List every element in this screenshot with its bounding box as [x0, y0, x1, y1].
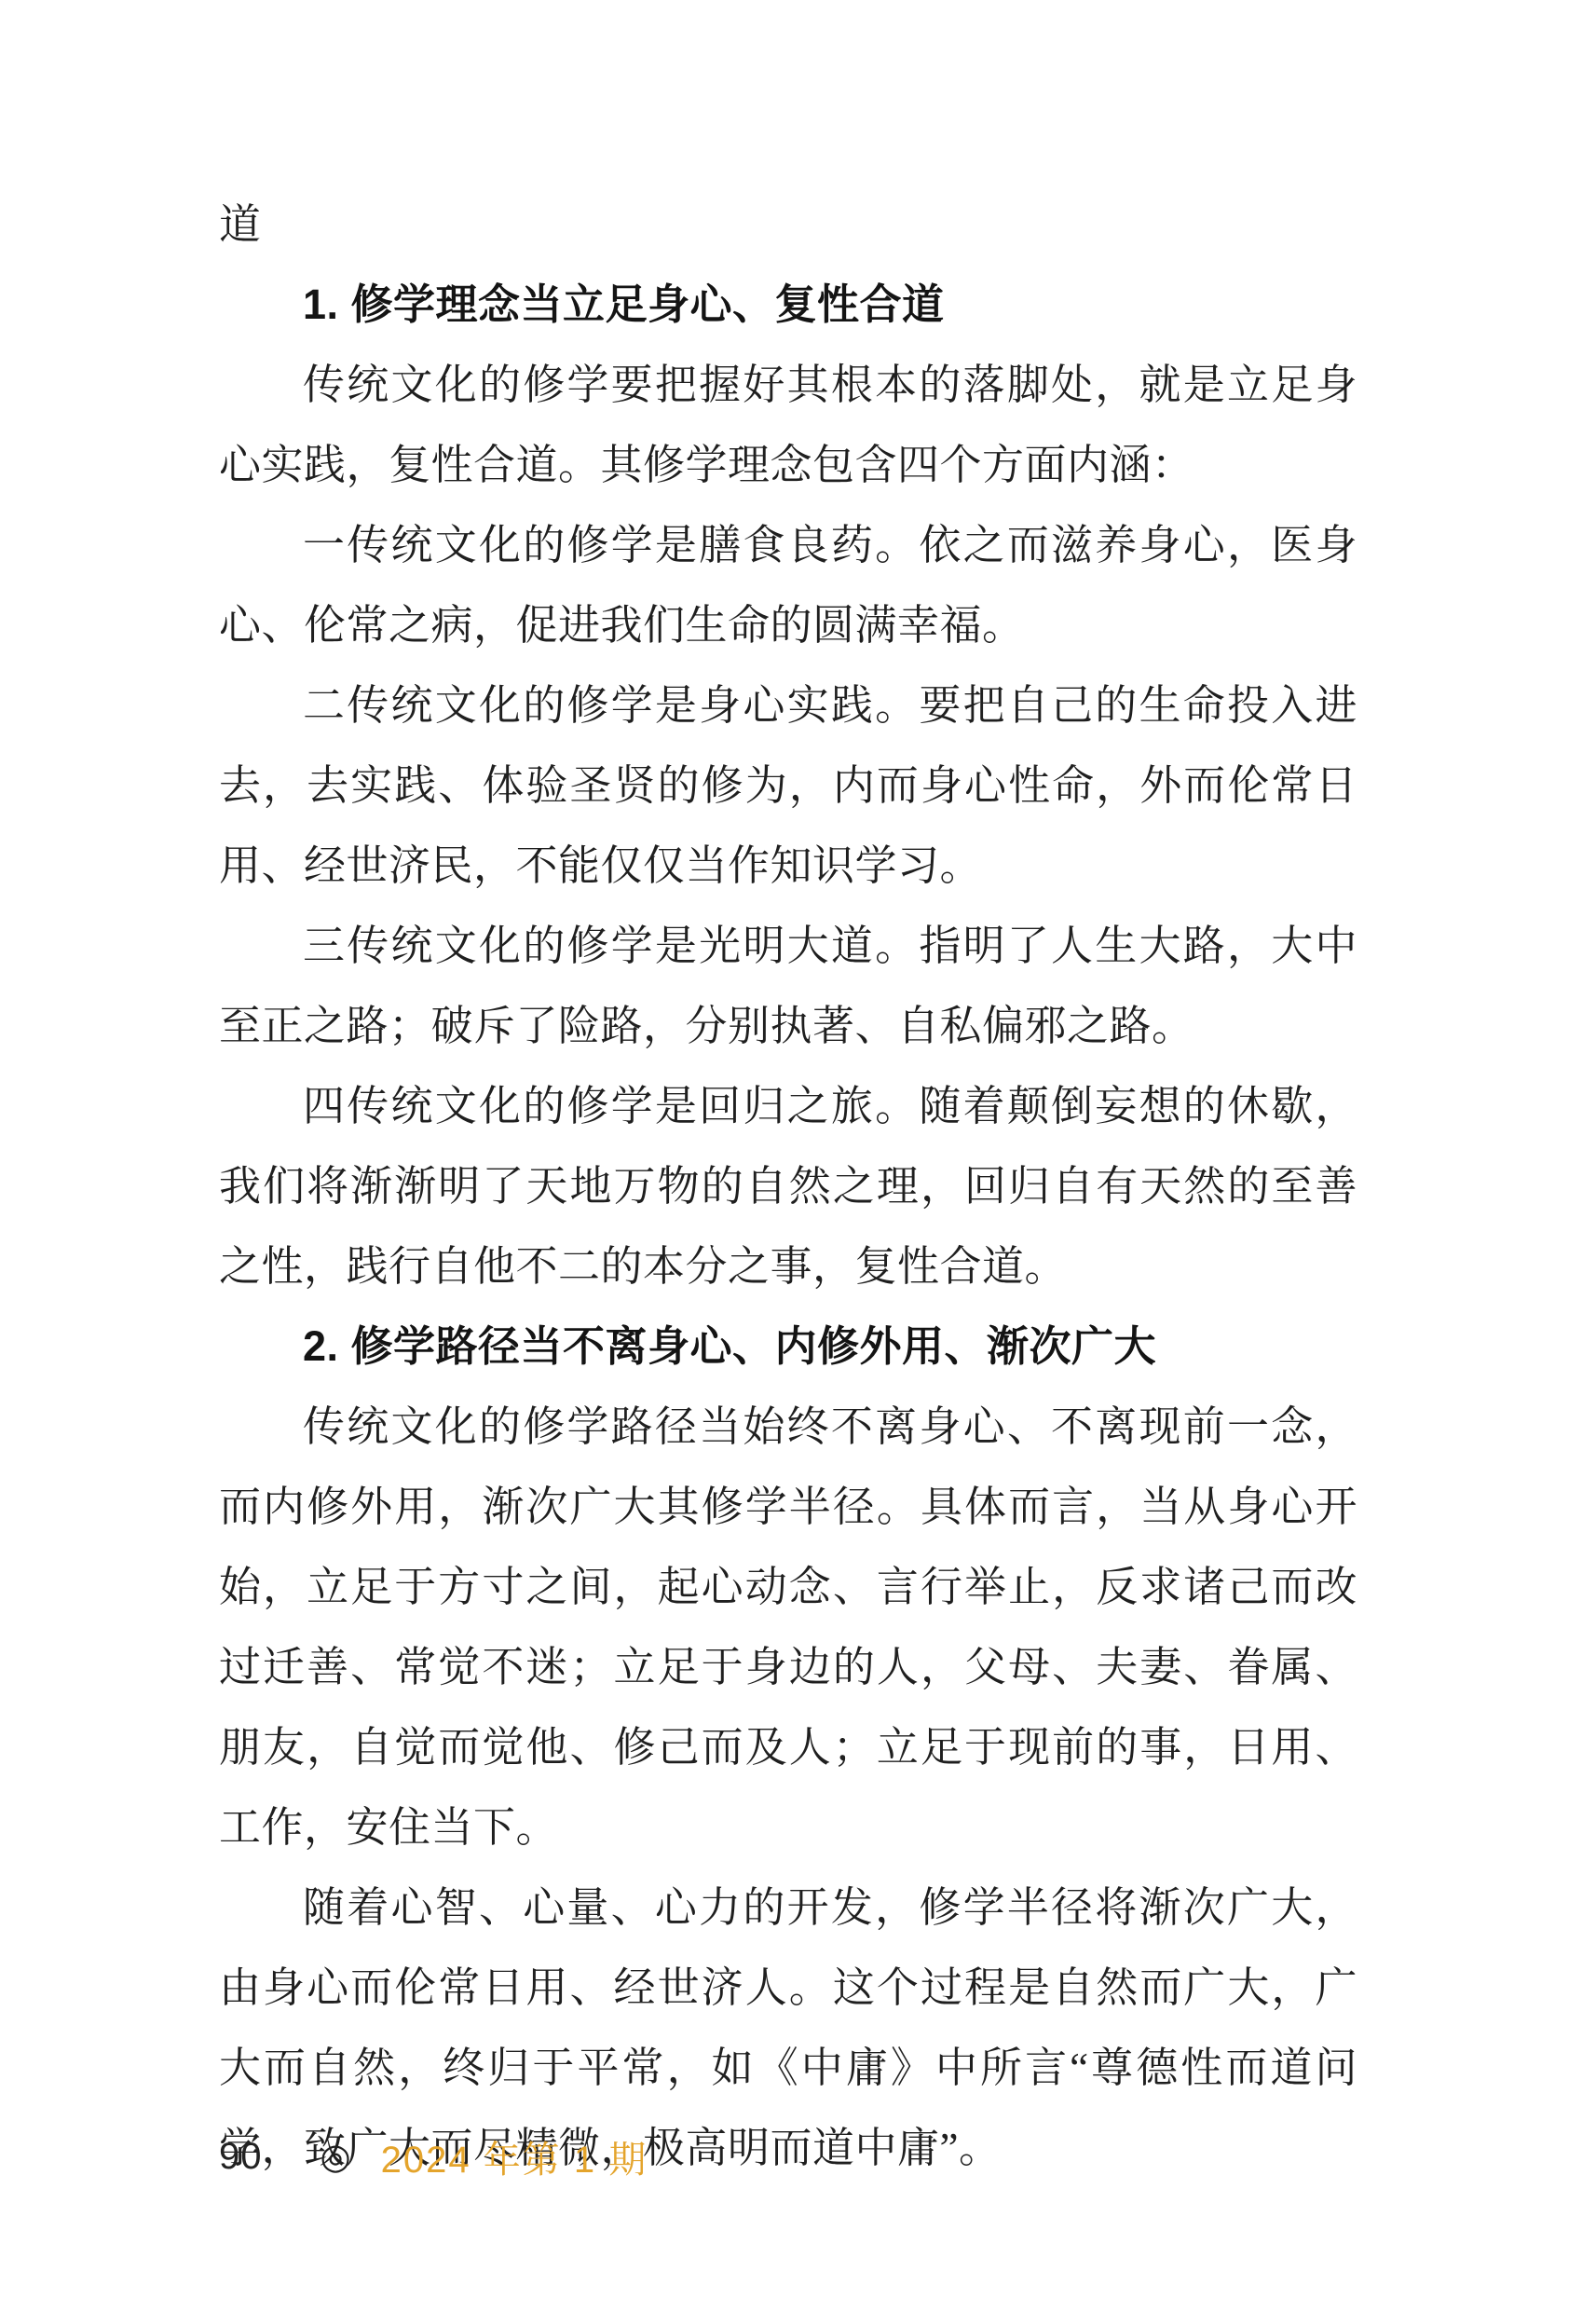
section-heading-1: 1. 修学理念当立足身心、复性合道 — [219, 265, 1357, 345]
paragraph: 三传统文化的修学是光明大道。指明了人生大路，大中至正之路；破斥了险路，分别执著、… — [219, 906, 1357, 1066]
paragraph: 传统文化的修学路径当始终不离身心、不离现前一念，而内修外用，渐次广大其修学半径。… — [219, 1387, 1357, 1867]
paragraph: 传统文化的修学要把握好其根本的落脚处，就是立足身心实践，复性合道。其修学理念包含… — [219, 345, 1357, 505]
carryover-line: 道 — [219, 185, 1357, 265]
paragraph: 一传统文化的修学是膳食良药。依之而滋养身心，医身心、伦常之病，促进我们生命的圆满… — [219, 505, 1357, 665]
page-number: 90 — [219, 2136, 263, 2178]
issue-mark-icon: ◎ — [321, 2140, 351, 2175]
issue-label: 2024 年第 1 期 — [381, 2130, 648, 2183]
section-heading-2: 2. 修学路径当不离身心、内修外用、渐次广大 — [219, 1306, 1357, 1387]
page-footer: 90 ◎ 2024 年第 1 期 — [219, 2130, 648, 2183]
article-body: 道 1. 修学理念当立足身心、复性合道 传统文化的修学要把握好其根本的落脚处，就… — [219, 185, 1357, 2188]
paragraph: 四传统文化的修学是回归之旅。随着颠倒妄想的休歇，我们将渐渐明了天地万物的自然之理… — [219, 1066, 1357, 1306]
paragraph: 二传统文化的修学是身心实践。要把自己的生命投入进去，去实践、体验圣贤的修为，内而… — [219, 665, 1357, 906]
document-page: 道 1. 修学理念当立足身心、复性合道 传统文化的修学要把握好其根本的落脚处，就… — [0, 0, 1596, 2312]
